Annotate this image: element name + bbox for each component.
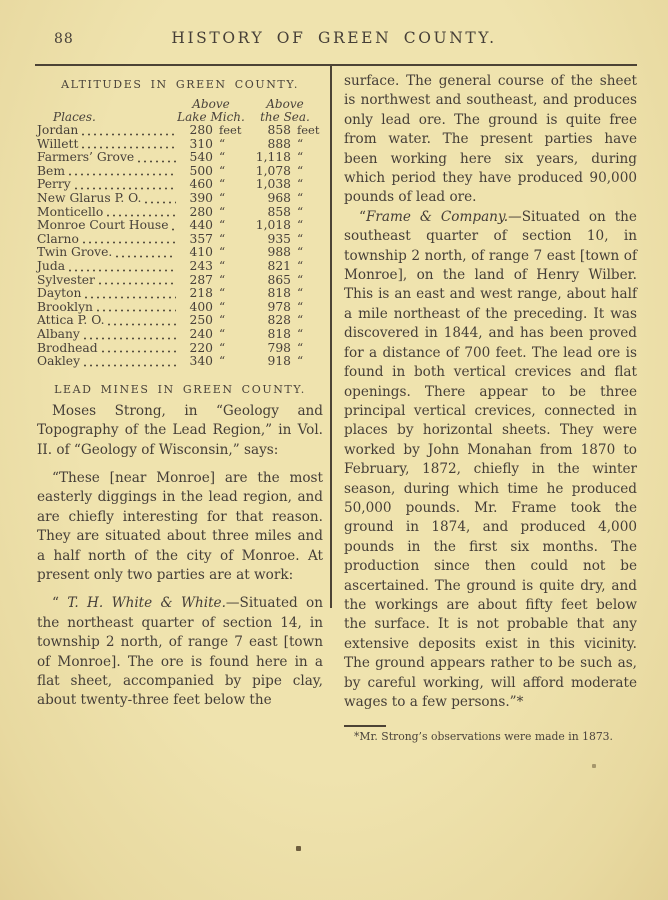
sea-unit: “ [291,274,323,288]
sea-value: 978 [245,301,291,315]
quote-open: “ [52,595,67,611]
print-speck [296,846,301,851]
place-name: Monticello [37,206,103,220]
sea-unit: “ [291,192,323,206]
lake-unit: “ [213,178,245,192]
sea-unit: “ [291,260,323,274]
sea-value: 988 [245,246,291,260]
sea-unit: “ [291,178,323,192]
sea-value: 858 [245,124,291,138]
table-row: Monroe Court House 440 “ 1,018 “ [37,219,323,233]
sea-value: 798 [245,342,291,356]
lake-value: 243 [179,260,213,274]
lake-value: 357 [179,233,213,247]
mine-name-frame: Frame & Company. [366,209,508,225]
paragraph-2-text: —Situated on the southeast quarter of se… [344,209,637,710]
place-name: Jordan [37,124,78,138]
footnote-text: *Mr. Strong’s observations were made in … [344,730,637,744]
table-row: Bem 500 “ 1,078 “ [37,165,323,179]
table-row: Monticello 280 “ 858 “ [37,206,323,220]
sea-unit: “ [291,165,323,179]
place-name: Brodhead [37,342,98,356]
lake-value: 240 [179,328,213,342]
dot-leader [67,165,176,179]
lead-mines-paragraph-3: “ T. H. White & White.—Situated on the n… [37,594,323,710]
sea-value: 888 [245,138,291,152]
place-name: Monroe Court House [37,219,168,233]
column-divider [330,66,332,608]
sea-value: 1,038 [245,178,291,192]
lake-unit: “ [213,301,245,315]
lake-unit: “ [213,328,245,342]
sea-value: 858 [245,206,291,220]
lake-unit: “ [213,287,245,301]
sea-unit: “ [291,206,323,220]
sea-unit: feet [291,124,323,138]
place-name: New Glarus P. O. [37,192,141,206]
table-row: Jordan 280 feet 858 feet [37,124,323,138]
dot-leader [97,274,176,288]
lake-value: 460 [179,178,213,192]
dot-leader [80,138,176,152]
table-row: Twin Grove. 410 “ 988 “ [37,246,323,260]
sea-value: 828 [245,314,291,328]
sea-value: 968 [245,192,291,206]
dot-leader [105,206,176,220]
lake-unit: “ [213,342,245,356]
dot-leader [143,192,176,206]
table-row: Brodhead 220 “ 798 “ [37,342,323,356]
footnote-rule [344,725,386,727]
lake-unit: “ [213,260,245,274]
sea-value: 935 [245,233,291,247]
lake-value: 218 [179,287,213,301]
lake-value: 390 [179,192,213,206]
table-row: Willett 310 “ 888 “ [37,138,323,152]
sea-value: 865 [245,274,291,288]
place-name: Juda [37,260,65,274]
place-name: Clarno [37,233,79,247]
table-row: Oakley 340 “ 918 “ [37,355,323,369]
sea-unit: “ [291,219,323,233]
right-paragraph-1: surface. The general course of the sheet… [344,72,637,208]
right-column: surface. The general course of the sheet… [344,72,637,744]
dot-leader [100,342,176,356]
left-column: ALTITUDES IN GREEN COUNTY. Above Above P… [37,78,323,720]
header-rule [35,64,637,66]
dot-leader [106,314,176,328]
table-row: Juda 243 “ 821 “ [37,260,323,274]
lake-unit: “ [213,314,245,328]
lake-value: 220 [179,342,213,356]
sea-value: 1,118 [245,151,291,165]
sea-unit: “ [291,314,323,328]
print-speck [592,764,596,768]
lead-mines-paragraph-1: Moses Strong, in “Geology and Topography… [37,402,323,460]
lake-unit: “ [213,355,245,369]
place-name: Bem [37,165,65,179]
dot-leader [81,233,176,247]
paragraph-3-text: —Situated on the northeast quarter of se… [37,595,323,708]
dot-leader [83,287,176,301]
sea-unit: “ [291,151,323,165]
place-name: Farmers’ Grove [37,151,134,165]
sea-value: 818 [245,287,291,301]
lake-value: 500 [179,165,213,179]
lead-mines-paragraph-2: “These [near Monroe] are the most easter… [37,469,323,585]
dot-leader [80,124,176,138]
sea-value: 1,078 [245,165,291,179]
place-name: Sylvester [37,274,95,288]
lake-value: 340 [179,355,213,369]
lake-unit: “ [213,165,245,179]
sea-unit: “ [291,328,323,342]
mine-name-white: T. H. White & White. [67,595,226,611]
lead-mines-section-title: LEAD MINES IN GREEN COUNTY. [37,383,323,396]
altitudes-rows: Jordan 280 feet 858 feet Willett 310 “ 8… [37,124,323,369]
table-row: Sylvester 287 “ 865 “ [37,274,323,288]
lake-value: 250 [179,314,213,328]
altitudes-section-title: ALTITUDES IN GREEN COUNTY. [37,78,323,91]
sea-unit: “ [291,355,323,369]
table-row: New Glarus P. O. 390 “ 968 “ [37,192,323,206]
altitudes-table-header: Above Above Places. Lake Mich. the Sea. [37,98,323,124]
lake-unit: “ [213,151,245,165]
place-name: Willett [37,138,78,152]
lake-unit: feet [213,124,245,138]
sea-unit: “ [291,138,323,152]
right-paragraph-2: “Frame & Company.—Situated on the southe… [344,208,637,713]
lake-value: 440 [179,219,213,233]
book-page: 88 HISTORY OF GREEN COUNTY. ALTITUDES IN… [0,0,668,900]
lake-unit: “ [213,192,245,206]
place-name: Albany [37,328,80,342]
place-name: Dayton [37,287,81,301]
lake-value: 280 [179,124,213,138]
lake-unit: “ [213,138,245,152]
sea-value: 821 [245,260,291,274]
lake-value: 287 [179,274,213,288]
dot-leader [136,151,176,165]
table-row: Albany 240 “ 818 “ [37,328,323,342]
table-row: Dayton 218 “ 818 “ [37,287,323,301]
sea-value: 818 [245,328,291,342]
lake-value: 540 [179,151,213,165]
lake-value: 280 [179,206,213,220]
sea-unit: “ [291,342,323,356]
lake-value: 310 [179,138,213,152]
quote-open: “ [359,209,366,225]
lake-value: 410 [179,246,213,260]
dot-leader [170,219,176,233]
sea-value: 918 [245,355,291,369]
sea-unit: “ [291,233,323,247]
lake-unit: “ [213,219,245,233]
table-row: Brooklyn 400 “ 978 “ [37,301,323,315]
lake-unit: “ [213,246,245,260]
dot-leader [82,328,176,342]
lake-value: 400 [179,301,213,315]
table-row: Perry 460 “ 1,038 “ [37,178,323,192]
sea-unit: “ [291,287,323,301]
dot-leader [67,260,176,274]
dot-leader [95,301,176,315]
sea-unit: “ [291,301,323,315]
dot-leader [114,246,176,260]
sea-unit: “ [291,246,323,260]
place-name: Twin Grove. [37,246,112,260]
dot-leader [73,178,176,192]
lake-unit: “ [213,274,245,288]
table-row: Attica P. O. 250 “ 828 “ [37,314,323,328]
lake-unit: “ [213,206,245,220]
place-name: Perry [37,178,71,192]
place-name: Brooklyn [37,301,93,315]
sea-value: 1,018 [245,219,291,233]
lake-unit: “ [213,233,245,247]
dot-leader [82,355,176,369]
table-row: Clarno 357 “ 935 “ [37,233,323,247]
running-title: HISTORY OF GREEN COUNTY. [0,29,668,47]
place-name: Oakley [37,355,80,369]
place-name: Attica P. O. [37,314,104,328]
table-row: Farmers’ Grove 540 “ 1,118 “ [37,151,323,165]
